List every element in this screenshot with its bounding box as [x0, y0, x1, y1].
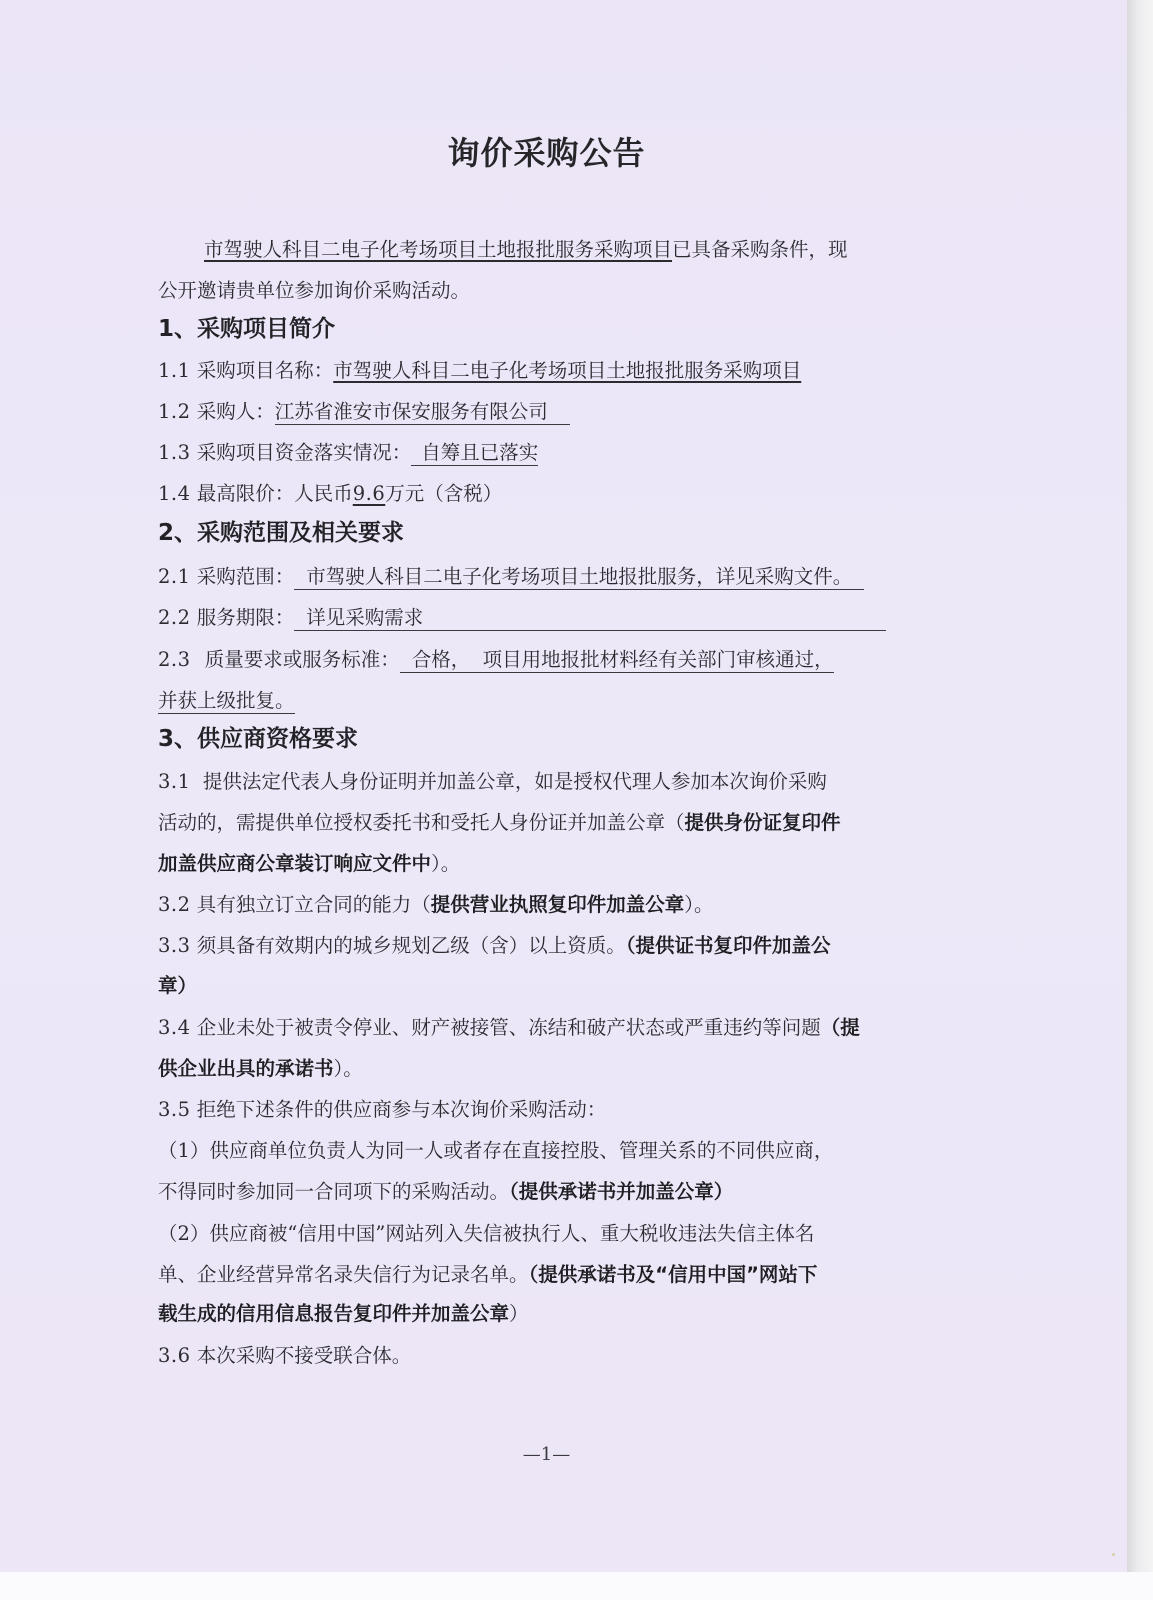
item-2-2: 2.2 服务期限：详见采购需求	[158, 604, 886, 632]
item-number: 1.3	[158, 441, 191, 464]
item-text-bold: （提供证书复印件加盖公	[626, 934, 831, 957]
item-2-3-cont: 并获上级批复。	[158, 687, 295, 715]
item-3-1-line-1: 3.1 提供法定代表人身份证明并加盖公章，如是授权代理人参加本次询价采购	[158, 768, 827, 796]
item-text-bold: （提供承诺书并加盖公章）	[509, 1180, 733, 1203]
scan-edge-right	[1127, 0, 1153, 1572]
item-text: 活动的，需提供单位授权委托书和受托人身份证并加盖公章（	[158, 811, 685, 834]
item-3-2: 3.2 具有独立订立合同的能力（提供营业执照复印件加盖公章）。	[158, 891, 714, 919]
item-text: 具有独立订立合同的能力（	[197, 893, 431, 916]
item-text: 不得同时参加同一合同项下的采购活动。	[158, 1180, 509, 1203]
intro-line-1-rest: 已具备采购条件，现	[672, 238, 848, 261]
item-number: 1.4	[158, 482, 191, 505]
page-number: —1—	[0, 1444, 1093, 1465]
item-text: 本次采购不接受联合体。	[197, 1344, 412, 1367]
item-3-6: 3.6 本次采购不接受联合体。	[158, 1342, 411, 1370]
item-text: 企业未处于被责令停业、财产被接管、冻结和破产状态或严重违约等问题	[197, 1016, 821, 1039]
item-label: 采购项目资金落实情况：	[197, 441, 412, 464]
item-3-5: 3.5 拒绝下述条件的供应商参与本次询价采购活动：	[158, 1096, 606, 1124]
funding-status-value: 自筹且已落实	[411, 441, 538, 466]
item-2-3: 2.3 质量要求或服务标准：合格， 项目用地报批材料经有关部门审核通过，	[158, 646, 834, 674]
currency-prefix: 人民币	[294, 482, 353, 505]
item-text-bold: 加盖供应商公章装订响应文件中	[158, 852, 431, 875]
price-suffix: 万元（含税）	[385, 482, 502, 505]
item-label: 采购范围：	[197, 565, 295, 588]
item-3-5-sub-1-line-1: （1）供应商单位负责人为同一人或者存在直接控股、管理关系的不同供应商，	[158, 1137, 833, 1165]
item-text: 提供法定代表人身份证明并加盖公章，如是授权代理人参加本次询价采购	[203, 770, 827, 793]
item-number: 2.3	[158, 648, 191, 671]
quality-standard-value: 合格， 项目用地报批材料经有关部门审核通过，	[400, 648, 834, 673]
item-number: 1.1	[158, 359, 191, 382]
item-label: 最高限价：	[197, 482, 295, 505]
item-label: 质量要求或服务标准：	[197, 648, 400, 671]
item-number: 3.4	[158, 1016, 191, 1039]
scan-speck	[1112, 1553, 1115, 1556]
item-number: 3.2	[158, 893, 191, 916]
purchaser-value: 江苏省淮安市保安服务有限公司	[275, 400, 570, 425]
item-3-1-line-3: 加盖供应商公章装订响应文件中）。	[158, 850, 460, 878]
item-3-5-sub-2-line-1: （2）供应商被“信用中国”网站列入失信被执行人、重大税收违法失信主体名	[158, 1220, 814, 1248]
item-text: 须具备有效期内的城乡规划乙级（含）以上资质。	[197, 934, 626, 957]
item-text-bold: 提供营业执照复印件加盖公章	[431, 893, 685, 916]
service-period-value: 详见采购需求	[294, 606, 886, 631]
item-number: 3.1	[158, 770, 191, 793]
item-text-bold: 载生成的信用信息报告复印件并加盖公章	[158, 1302, 509, 1325]
item-text: 单、企业经营异常名录失信行为记录名单。	[158, 1263, 529, 1286]
section-3-heading: 3、供应商资格要求	[158, 724, 358, 754]
item-number: 3.6	[158, 1344, 191, 1367]
item-3-5-sub-2-line-2: 单、企业经营异常名录失信行为记录名单。（提供承诺书及“信用中国”网站下	[158, 1261, 817, 1289]
item-3-4-line-2: 供企业出具的承诺书）。	[158, 1055, 363, 1083]
item-3-5-sub-2-line-3: 载生成的信用信息报告复印件并加盖公章）	[158, 1300, 529, 1328]
item-1-2: 1.2 采购人：江苏省淮安市保安服务有限公司	[158, 398, 570, 426]
item-number: 2.1	[158, 565, 191, 588]
item-3-3-line-2: 章）	[158, 972, 197, 1000]
item-3-1-line-2: 活动的，需提供单位授权委托书和受托人身份证并加盖公章（提供身份证复印件	[158, 809, 841, 837]
scan-edge-bottom	[0, 1572, 1153, 1600]
intro-project-name: 市驾驶人科目二电子化考场项目土地报批服务采购项目	[204, 238, 672, 261]
item-text-bold: 章）	[158, 974, 197, 997]
project-name-value: 市驾驶人科目二电子化考场项目土地报批服务采购项目	[333, 359, 801, 382]
document-title: 询价采购公告	[0, 128, 1093, 174]
item-text-end: ）。	[684, 893, 713, 916]
item-number: 2.2	[158, 606, 191, 629]
max-price-value: 9.6	[353, 482, 386, 505]
item-text-bold: 供企业出具的承诺书	[158, 1057, 334, 1080]
quality-standard-value-cont: 并获上级批复。	[158, 689, 295, 714]
item-text-bold: （提供承诺书及“信用中国”网站下	[529, 1263, 818, 1286]
intro-line-2: 公开邀请贵单位参加询价采购活动。	[158, 277, 470, 305]
item-1-1: 1.1 采购项目名称：市驾驶人科目二电子化考场项目土地报批服务采购项目	[158, 357, 801, 385]
item-3-5-sub-1-line-2: 不得同时参加同一合同项下的采购活动。（提供承诺书并加盖公章）	[158, 1178, 733, 1206]
item-number: 1.2	[158, 400, 191, 423]
item-label: 采购项目名称：	[197, 359, 334, 382]
item-text: ）。	[334, 1057, 363, 1080]
section-1-heading: 1、采购项目简介	[158, 314, 335, 344]
intro-line-1: 市驾驶人科目二电子化考场项目土地报批服务采购项目已具备采购条件，现	[204, 236, 848, 264]
item-number: 3.3	[158, 934, 191, 957]
item-text-bold: 提供身份证复印件	[685, 811, 841, 834]
item-2-1: 2.1 采购范围：市驾驶人科目二电子化考场项目土地报批服务，详见采购文件。	[158, 563, 864, 591]
item-3-4-line-1: 3.4 企业未处于被责令停业、财产被接管、冻结和破产状态或严重违约等问题（提	[158, 1014, 860, 1042]
item-number: 3.5	[158, 1098, 191, 1121]
item-label: 服务期限：	[197, 606, 295, 629]
item-text: 拒绝下述条件的供应商参与本次询价采购活动：	[197, 1098, 607, 1121]
section-2-heading: 2、采购范围及相关要求	[158, 518, 404, 548]
item-text: ）。	[431, 852, 460, 875]
item-text-bold: （提	[821, 1016, 860, 1039]
item-1-4: 1.4 最高限价：人民币9.6万元（含税）	[158, 480, 502, 508]
item-3-3-line-1: 3.3 须具备有效期内的城乡规划乙级（含）以上资质。（提供证书复印件加盖公	[158, 932, 831, 960]
item-text: ）	[509, 1302, 529, 1325]
item-label: 采购人：	[197, 400, 275, 423]
scope-value: 市驾驶人科目二电子化考场项目土地报批服务，详见采购文件。	[294, 565, 864, 590]
item-1-3: 1.3 采购项目资金落实情况：自筹且已落实	[158, 439, 538, 467]
